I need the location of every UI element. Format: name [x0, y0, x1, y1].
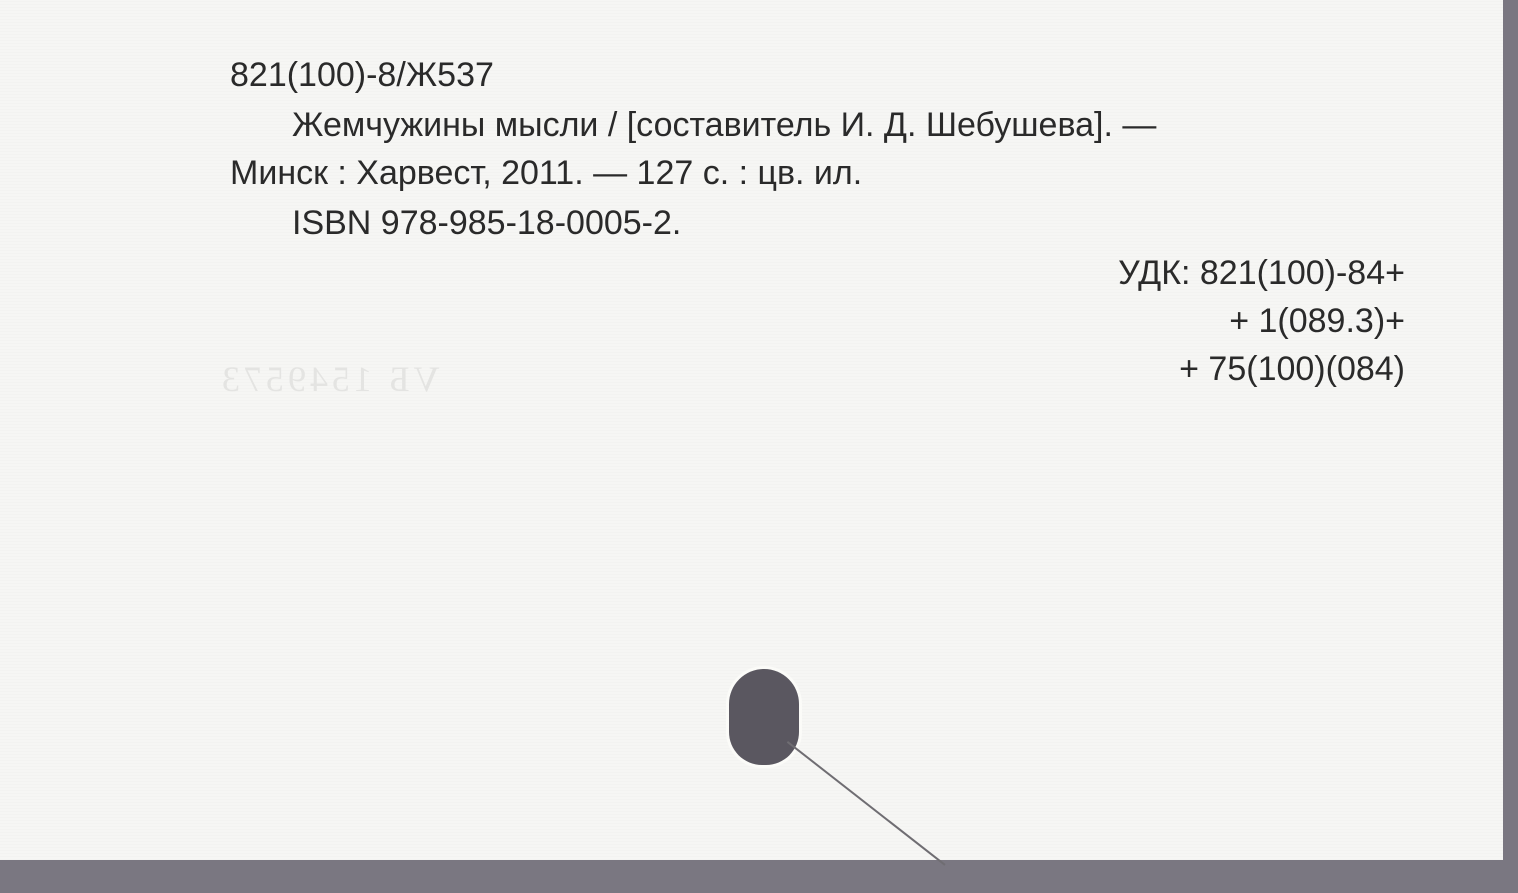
punch-hole — [729, 669, 799, 765]
catalog-card: 821(100)-8/Ж537 Жемчужины мысли / [соста… — [0, 0, 1503, 860]
isbn: ISBN 978-985-18-0005-2. — [292, 206, 681, 240]
show-through-stamp: VБ 1549573 — [218, 358, 440, 400]
title-statement: Жемчужины мысли / [составитель И. Д. Шеб… — [292, 108, 1156, 142]
shelf-mark: 821(100)-8/Ж537 — [230, 58, 494, 92]
udc-line-2: + 1(089.3)+ — [1229, 304, 1405, 338]
card-slit — [787, 741, 946, 865]
udc-line-3: + 75(100)(084) — [1179, 352, 1405, 386]
udc-line-1: УДК: 821(100)-84+ — [1118, 256, 1405, 290]
imprint-statement: Минск : Харвест, 2011. — 127 с. : цв. ил… — [230, 156, 862, 190]
